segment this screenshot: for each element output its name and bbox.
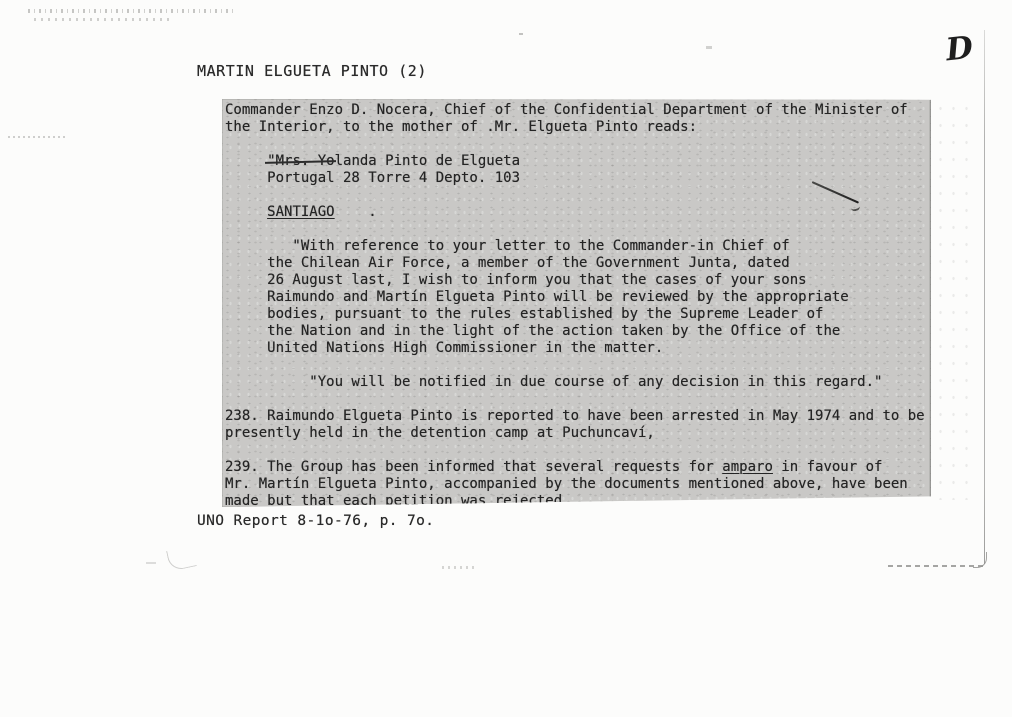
typescript-line: the Nation and in the light of the actio… [225,323,930,340]
report-citation: UNO Report 8-1o-76, p. 7o. [197,513,434,529]
handwritten-d-mark: D [944,30,975,69]
typescript-line: bodies, pursuant to the rules establishe… [225,306,930,323]
page-edge-line-bottom [888,565,986,567]
smudge-mark [34,18,174,21]
typescript-line [225,391,930,408]
typescript-line: "You will be notified in due course of a… [225,374,930,391]
smudge-mark [8,136,68,138]
corner-curve-mark [166,545,197,571]
typescript-line: SANTIAGO . [225,204,930,221]
typescript-line [225,136,930,153]
typescript-line: Raimundo and Martín Elgueta Pinto will b… [225,289,930,306]
typescript-line [225,357,930,374]
speck-mark [442,566,476,569]
typescript-line: Commander Enzo D. Nocera, Chief of the C… [225,102,930,119]
speck-mark [146,562,156,564]
typescript-line [225,187,930,204]
typescript-line: the Chilean Air Force, a member of the G… [225,255,930,272]
document-title: MARTIN ELGUETA PINTO (2) [197,62,427,80]
typescript-line: 238. Raimundo Elgueta Pinto is reported … [225,408,930,425]
typescript-line: 26 August last, I wish to inform you tha… [225,272,930,289]
typescript-line [225,442,930,459]
typescript-line: made but that each petition was rejected… [225,493,930,510]
typescript-line: United Nations High Commissioner in the … [225,340,930,357]
typescript-line: Mr. Martín Elgueta Pinto, accompanied by… [225,476,930,493]
scanned-document-page: D MARTIN ELGUETA PINTO (2) Commander Enz… [0,0,1012,717]
typescript-line: Portugal 28 Torre 4 Depto. 103 [225,170,930,187]
typescript-line [225,221,930,238]
speck-mark [519,33,523,35]
photocopied-text-block: Commander Enzo D. Nocera, Chief of the C… [222,99,931,507]
typescript-line: the Interior, to the mother of .Mr. Elgu… [225,119,930,136]
smudge-mark [28,9,233,13]
speck-mark [706,46,712,49]
typescript-line: "Mrs. Yolanda Pinto de Elgueta [225,153,930,170]
typescript-line: "With reference to your letter to the Co… [225,238,930,255]
typescript-line: 239. The Group has been informed that se… [225,459,930,476]
typescript-line: presently held in the detention camp at … [225,425,930,442]
scanner-noise-strip [934,100,968,500]
page-edge-line-right [984,30,985,564]
